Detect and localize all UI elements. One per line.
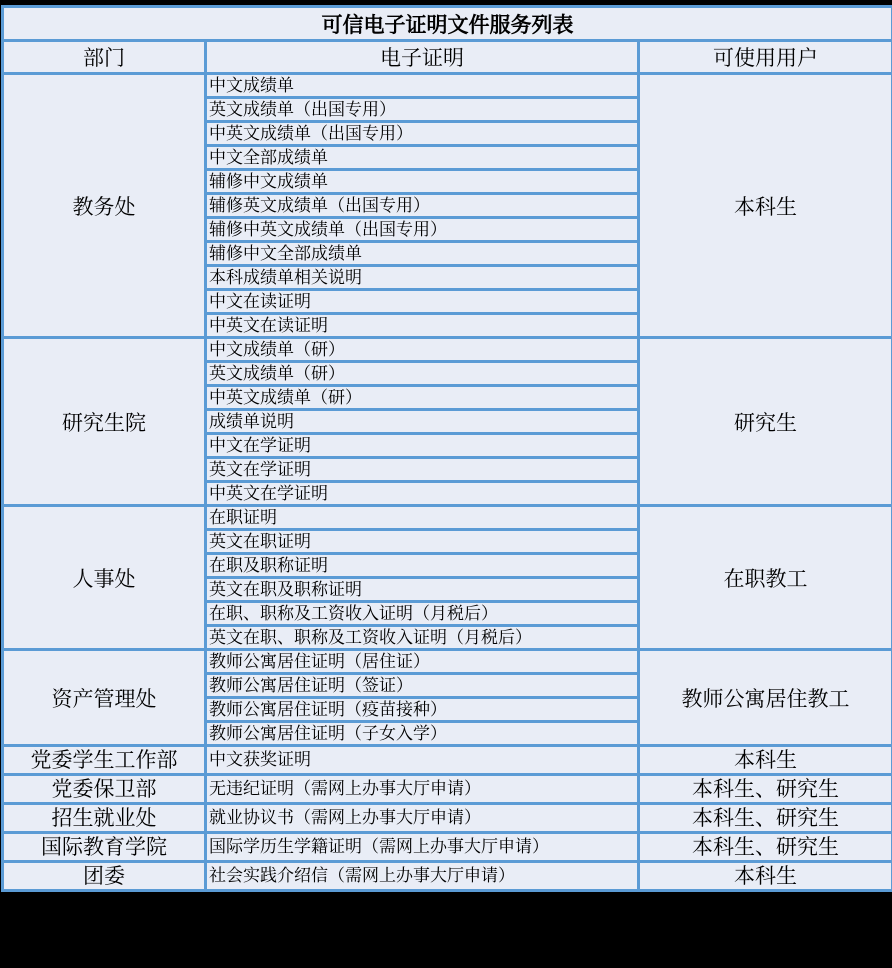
table-row: 国际教育学院国际学历生学籍证明（需网上办事大厅申请）本科生、研究生 [3, 833, 892, 862]
table-row: 人事处在职证明在职教工 [3, 506, 892, 530]
certificate-cell: 辅修中文成绩单 [206, 170, 639, 194]
certificate-cell: 中英文在学证明 [206, 482, 639, 506]
certificate-cell: 英文在学证明 [206, 458, 639, 482]
table-title-row: 可信电子证明文件服务列表 [3, 7, 892, 41]
department-cell: 教务处 [3, 74, 206, 338]
department-cell: 研究生院 [3, 338, 206, 506]
certificate-cell: 教师公寓居住证明（签证） [206, 674, 639, 698]
table-title: 可信电子证明文件服务列表 [3, 7, 892, 41]
table-row: 团委社会实践介绍信（需网上办事大厅申请）本科生 [3, 862, 892, 891]
users-cell: 本科生、研究生 [639, 833, 892, 862]
certificate-cell: 英文在职证明 [206, 530, 639, 554]
department-cell: 团委 [3, 862, 206, 891]
certificate-cell: 国际学历生学籍证明（需网上办事大厅申请） [206, 833, 639, 862]
users-cell: 本科生、研究生 [639, 804, 892, 833]
header-department: 部门 [3, 41, 206, 74]
certificate-cell: 教师公寓居住证明（居住证） [206, 650, 639, 674]
department-cell: 人事处 [3, 506, 206, 650]
users-cell: 本科生 [639, 74, 892, 338]
certificate-cell: 中文成绩单 [206, 74, 639, 98]
users-cell: 本科生 [639, 862, 892, 891]
certificate-service-table-container: 可信电子证明文件服务列表 部门 电子证明 可使用用户 教务处中文成绩单本科生英文… [1, 5, 891, 892]
certificate-cell: 社会实践介绍信（需网上办事大厅申请） [206, 862, 639, 891]
certificate-cell: 中英文在读证明 [206, 314, 639, 338]
table-row: 党委保卫部无违纪证明（需网上办事大厅申请）本科生、研究生 [3, 775, 892, 804]
certificate-cell: 中文成绩单（研） [206, 338, 639, 362]
users-cell: 研究生 [639, 338, 892, 506]
certificate-cell: 中文获奖证明 [206, 746, 639, 775]
certificate-cell: 中文在学证明 [206, 434, 639, 458]
table-row: 研究生院中文成绩单（研）研究生 [3, 338, 892, 362]
certificate-cell: 无违纪证明（需网上办事大厅申请） [206, 775, 639, 804]
table-row: 党委学生工作部中文获奖证明本科生 [3, 746, 892, 775]
users-cell: 本科生 [639, 746, 892, 775]
table-header-row: 部门 电子证明 可使用用户 [3, 41, 892, 74]
certificate-service-table: 可信电子证明文件服务列表 部门 电子证明 可使用用户 教务处中文成绩单本科生英文… [1, 5, 892, 892]
certificate-cell: 中文在读证明 [206, 290, 639, 314]
department-cell: 党委学生工作部 [3, 746, 206, 775]
certificate-cell: 中文全部成绩单 [206, 146, 639, 170]
certificate-cell: 英文成绩单（出国专用） [206, 98, 639, 122]
header-users: 可使用用户 [639, 41, 892, 74]
users-cell: 在职教工 [639, 506, 892, 650]
certificate-cell: 辅修中英文成绩单（出国专用） [206, 218, 639, 242]
certificate-cell: 本科成绩单相关说明 [206, 266, 639, 290]
department-cell: 党委保卫部 [3, 775, 206, 804]
header-certificate: 电子证明 [206, 41, 639, 74]
certificate-cell: 教师公寓居住证明（子女入学） [206, 722, 639, 746]
users-cell: 本科生、研究生 [639, 775, 892, 804]
certificate-cell: 辅修英文成绩单（出国专用） [206, 194, 639, 218]
table-row: 招生就业处就业协议书（需网上办事大厅申请）本科生、研究生 [3, 804, 892, 833]
certificate-cell: 教师公寓居住证明（疫苗接种） [206, 698, 639, 722]
certificate-cell: 辅修中文全部成绩单 [206, 242, 639, 266]
department-cell: 国际教育学院 [3, 833, 206, 862]
users-cell: 教师公寓居住教工 [639, 650, 892, 746]
certificate-cell: 成绩单说明 [206, 410, 639, 434]
certificate-cell: 中英文成绩单（出国专用） [206, 122, 639, 146]
certificate-cell: 中英文成绩单（研） [206, 386, 639, 410]
certificate-cell: 在职证明 [206, 506, 639, 530]
certificate-cell: 英文成绩单（研） [206, 362, 639, 386]
certificate-cell: 在职、职称及工资收入证明（月税后） [206, 602, 639, 626]
certificate-cell: 就业协议书（需网上办事大厅申请） [206, 804, 639, 833]
certificate-cell: 在职及职称证明 [206, 554, 639, 578]
department-cell: 招生就业处 [3, 804, 206, 833]
certificate-cell: 英文在职及职称证明 [206, 578, 639, 602]
table-row: 资产管理处教师公寓居住证明（居住证）教师公寓居住教工 [3, 650, 892, 674]
certificate-cell: 英文在职、职称及工资收入证明（月税后） [206, 626, 639, 650]
department-cell: 资产管理处 [3, 650, 206, 746]
table-row: 教务处中文成绩单本科生 [3, 74, 892, 98]
